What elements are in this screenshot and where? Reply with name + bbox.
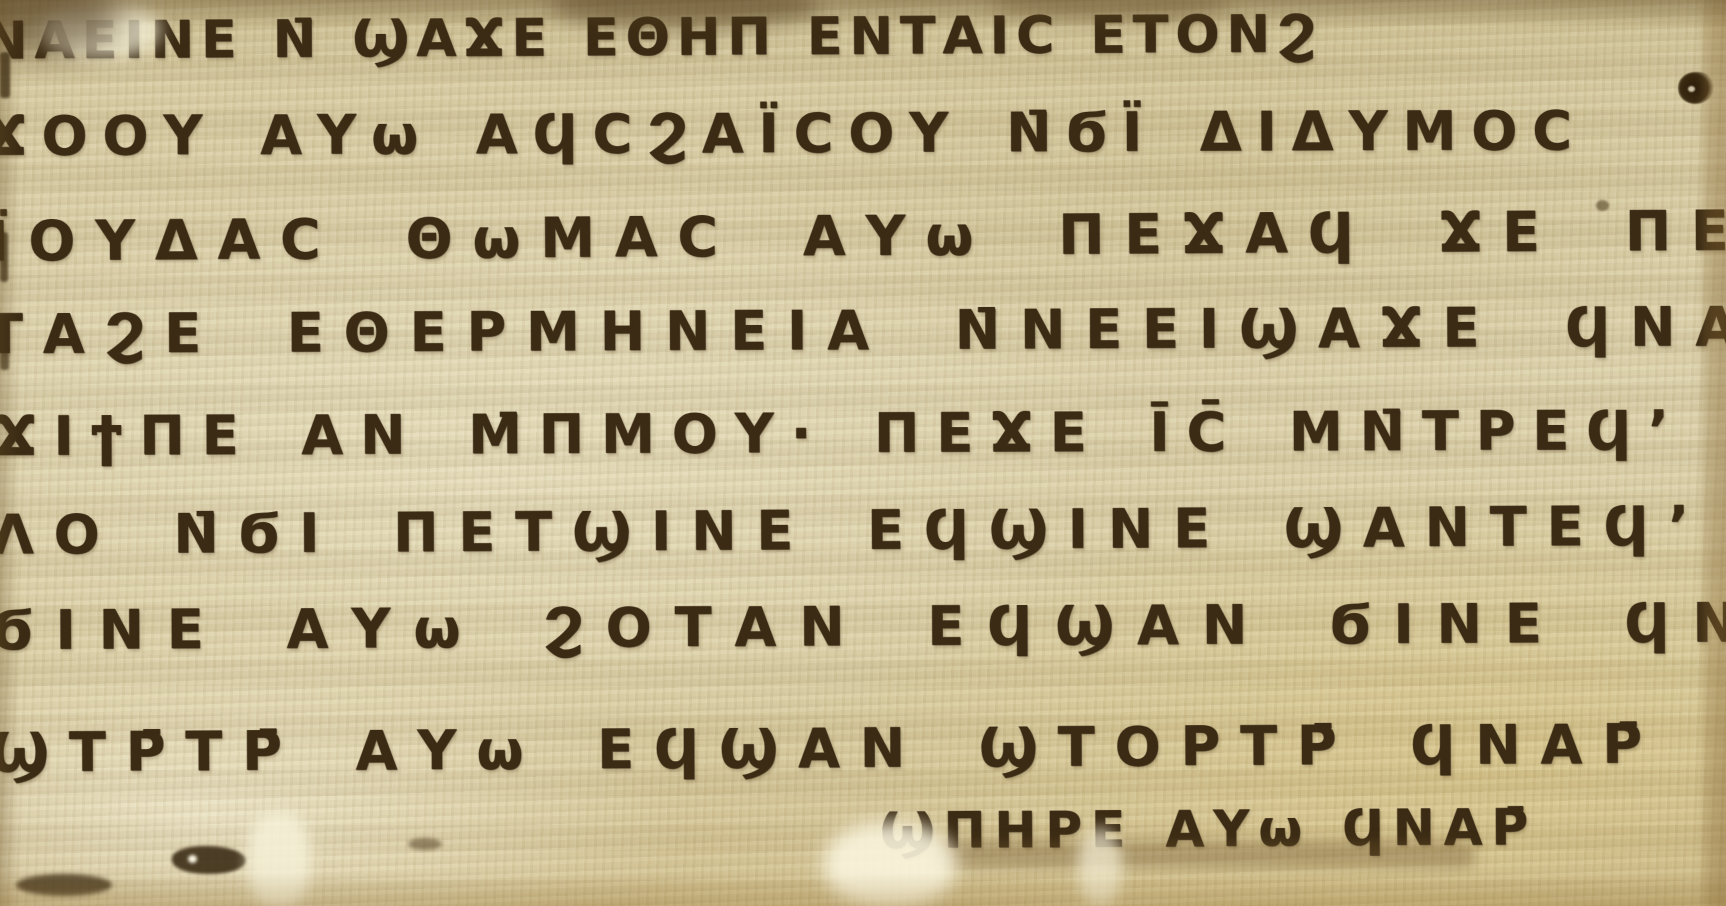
edge-shading	[1702, 0, 1726, 906]
manuscript-line: ΪΟΥΔΑC ΘωΜΑC ΑΥω ΠΕϪΑϤ ϪΕ ΠΕ	[0, 204, 1726, 270]
manuscript-line: ΛΟ Ν̄ϬΙ ΠΕΤϢΙΝΕ ΕϤϢΙΝΕ ϢΑΝΤΕϤ’	[0, 500, 1709, 563]
manuscript-line: ΝΑΕΙΝΕ Ν̄ ϢΑϪΕ ΕΘΗΠ ΕΝΤΑΙC ΕΤΟΝϨ	[0, 8, 1322, 67]
manuscript-line: ϢΠΗΡΕ ΑΥω ϤΝΑΡ̄	[880, 802, 1537, 856]
manuscript-line: ϪΙϯΠΕ ΑΝ Μ̄ΠΜΟΥ· ΠΕϪΕ ῙC̄ ΜΝ̄ΤΡΕϤ’	[0, 404, 1686, 464]
papyrus-page: ΝΑΕΙΝΕ Ν̄ ϢΑϪΕ ΕΘΗΠ ΕΝΤΑΙC ΕΤΟΝϨ ϪΟΟΥ ΑΥ…	[0, 0, 1726, 906]
smudge-highlight	[188, 855, 197, 863]
ink-smudge	[172, 846, 246, 874]
light-fibre-streak	[248, 812, 310, 906]
manuscript-line: ϬΙΝΕ ΑΥω ϨΟΤΑΝ ΕϤϢΑΝ ϬΙΝΕ ϤΝΑ	[0, 596, 1726, 658]
ink-smudge	[16, 874, 112, 896]
manuscript-line: ϪΟΟΥ ΑΥω ΑϤCϨΑΪCΟΥ Ν̄ϬΪ ΔΙΔΥΜΟC	[0, 104, 1587, 164]
ink-blot	[1678, 72, 1714, 104]
manuscript-line: ΤΑϨΕ ΕΘΕΡΜΗΝΕΙΑ Ν̄ΝΕΕΙϢΑϪΕ ϤΝΑ	[0, 300, 1726, 362]
ink-smudge	[408, 838, 442, 850]
ink-blot-highlight	[1688, 86, 1695, 92]
manuscript-line: ϢΤΡ̄ΤΡ̄ ΑΥω ΕϤϢΑΝ ϢΤΟΡΤΡ̄ ϤΝΑΡ̄	[0, 718, 1662, 781]
